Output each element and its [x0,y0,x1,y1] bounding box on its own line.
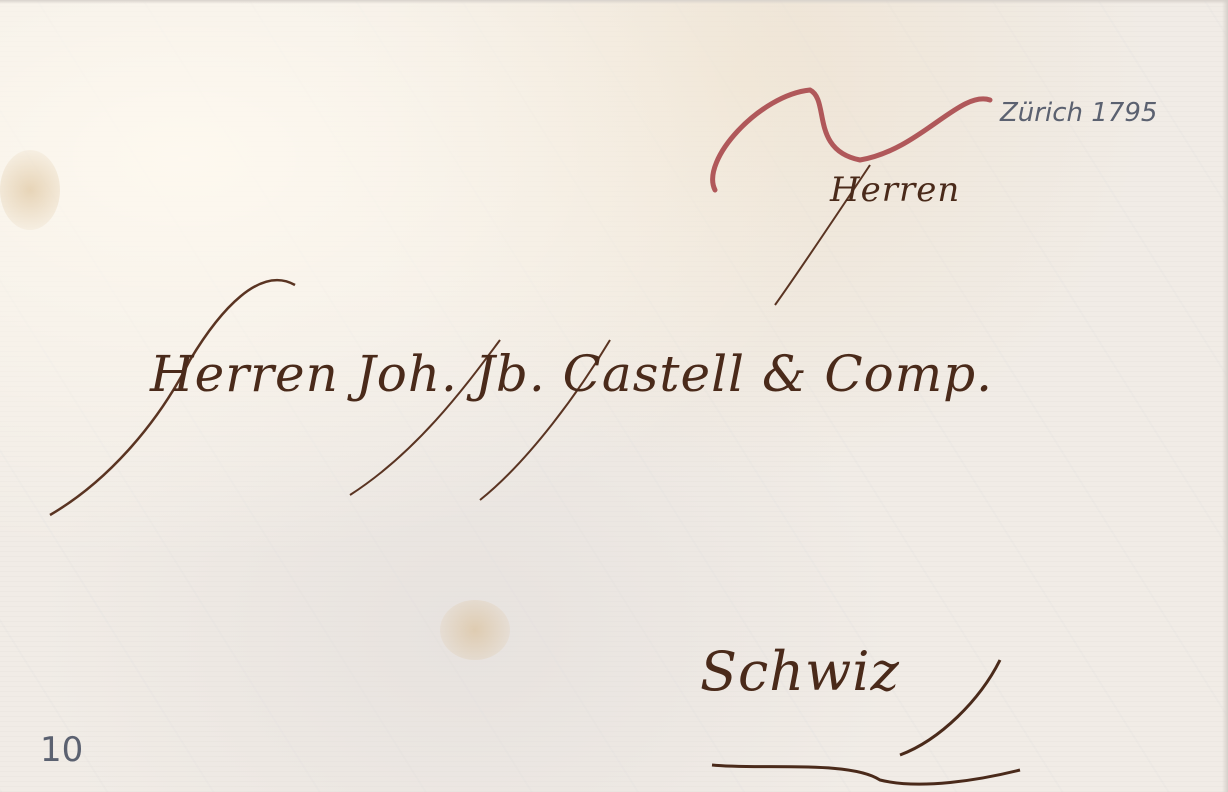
pencil-note-number: 10 [40,730,83,770]
address-line-3: Schwiz [700,640,900,703]
pencil-note-origin: Zürich 1795 [1000,98,1157,128]
address-line-1: Herren [830,170,960,210]
letter-cover: Zürich 1795 10 Herren Herren Joh. Jb. Ca… [0,0,1228,792]
address-line-2: Herren Joh. Jb. Castell & Comp. [150,345,993,403]
